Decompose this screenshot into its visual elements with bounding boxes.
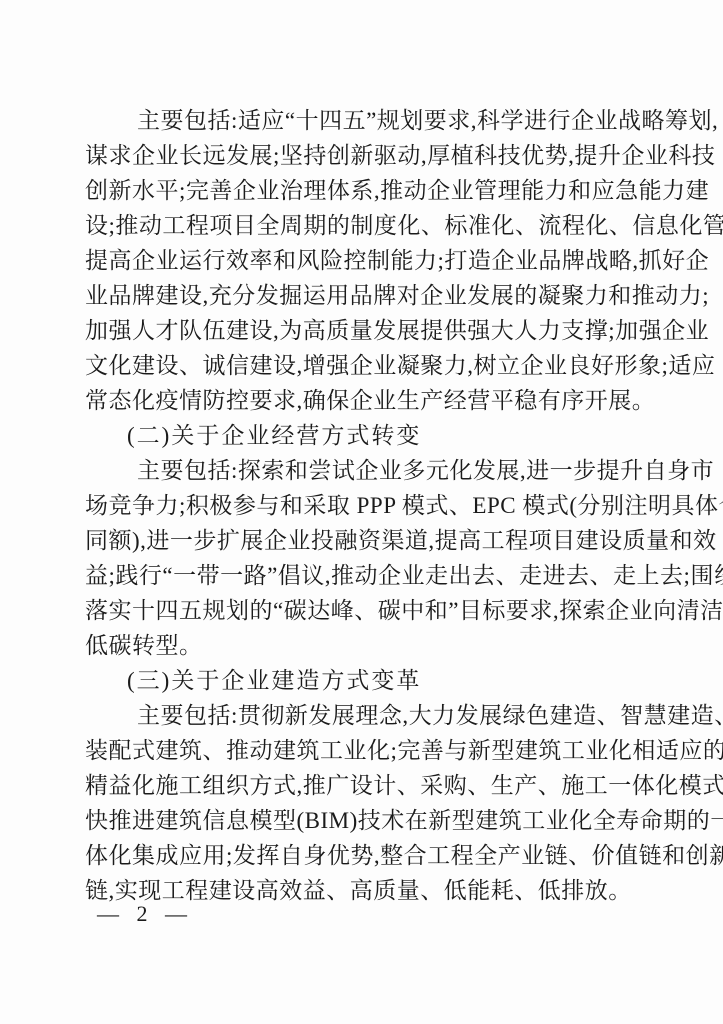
text-line: 同额),进一步扩展企业投融资渠道,提高工程项目建设质量和效 [85,523,641,558]
text-line: 装配式建筑、推动建筑工业化;完善与新型建筑工业化相适应的 [85,733,641,768]
text-line: 益;践行“一带一路”倡议,推动企业走出去、走进去、走上去;围绕 [85,558,641,593]
text-line: 常态化疫情防控要求,确保企业生产经营平稳有序开展。 [85,383,641,418]
document-body: 主要包括:适应“十四五”规划要求,科学进行企业战略筹划,谋求企业长远发展;坚持创… [85,103,641,908]
text-line: 体化集成应用;发挥自身优势,整合工程全产业链、价值链和创新 [85,838,641,873]
text-line: 落实十四五规划的“碳达峰、碳中和”目标要求,探索企业向清洁 [85,593,641,628]
section-heading: (二)关于企业经营方式转变 [85,418,641,453]
document-page: 主要包括:适应“十四五”规划要求,科学进行企业战略筹划,谋求企业长远发展;坚持创… [0,0,723,1024]
text-line: 文化建设、诚信建设,增强企业凝聚力,树立企业良好形象;适应 [85,348,641,383]
text-line: 主要包括:适应“十四五”规划要求,科学进行企业战略筹划, [85,103,641,138]
text-line: 提高企业运行效率和风险控制能力;打造企业品牌战略,抓好企 [85,243,641,278]
text-line: 主要包括:贯彻新发展理念,大力发展绿色建造、智慧建造、 [85,698,641,733]
page-number: — 2 — [97,896,193,931]
text-line: 业品牌建设,充分发掘运用品牌对企业发展的凝聚力和推动力; [85,278,641,313]
text-line: 低碳转型。 [85,628,641,663]
text-line: 精益化施工组织方式,推广设计、采购、生产、施工一体化模式;加 [85,768,641,803]
text-line: 快推进建筑信息模型(BIM)技术在新型建筑工业化全寿命期的一 [85,803,641,838]
text-line: 场竞争力;积极参与和采取 PPP 模式、EPC 模式(分别注明具体合 [85,488,641,523]
text-line: 加强人才队伍建设,为高质量发展提供强大人力支撑;加强企业 [85,313,641,348]
text-line: 创新水平;完善企业治理体系,推动企业管理能力和应急能力建 [85,173,641,208]
text-line: 主要包括:探索和尝试企业多元化发展,进一步提升自身市 [85,453,641,488]
text-line: 谋求企业长远发展;坚持创新驱动,厚植科技优势,提升企业科技 [85,138,641,173]
text-line: 设;推动工程项目全周期的制度化、标准化、流程化、信息化管理, [85,208,641,243]
section-heading: (三)关于企业建造方式变革 [85,663,641,698]
